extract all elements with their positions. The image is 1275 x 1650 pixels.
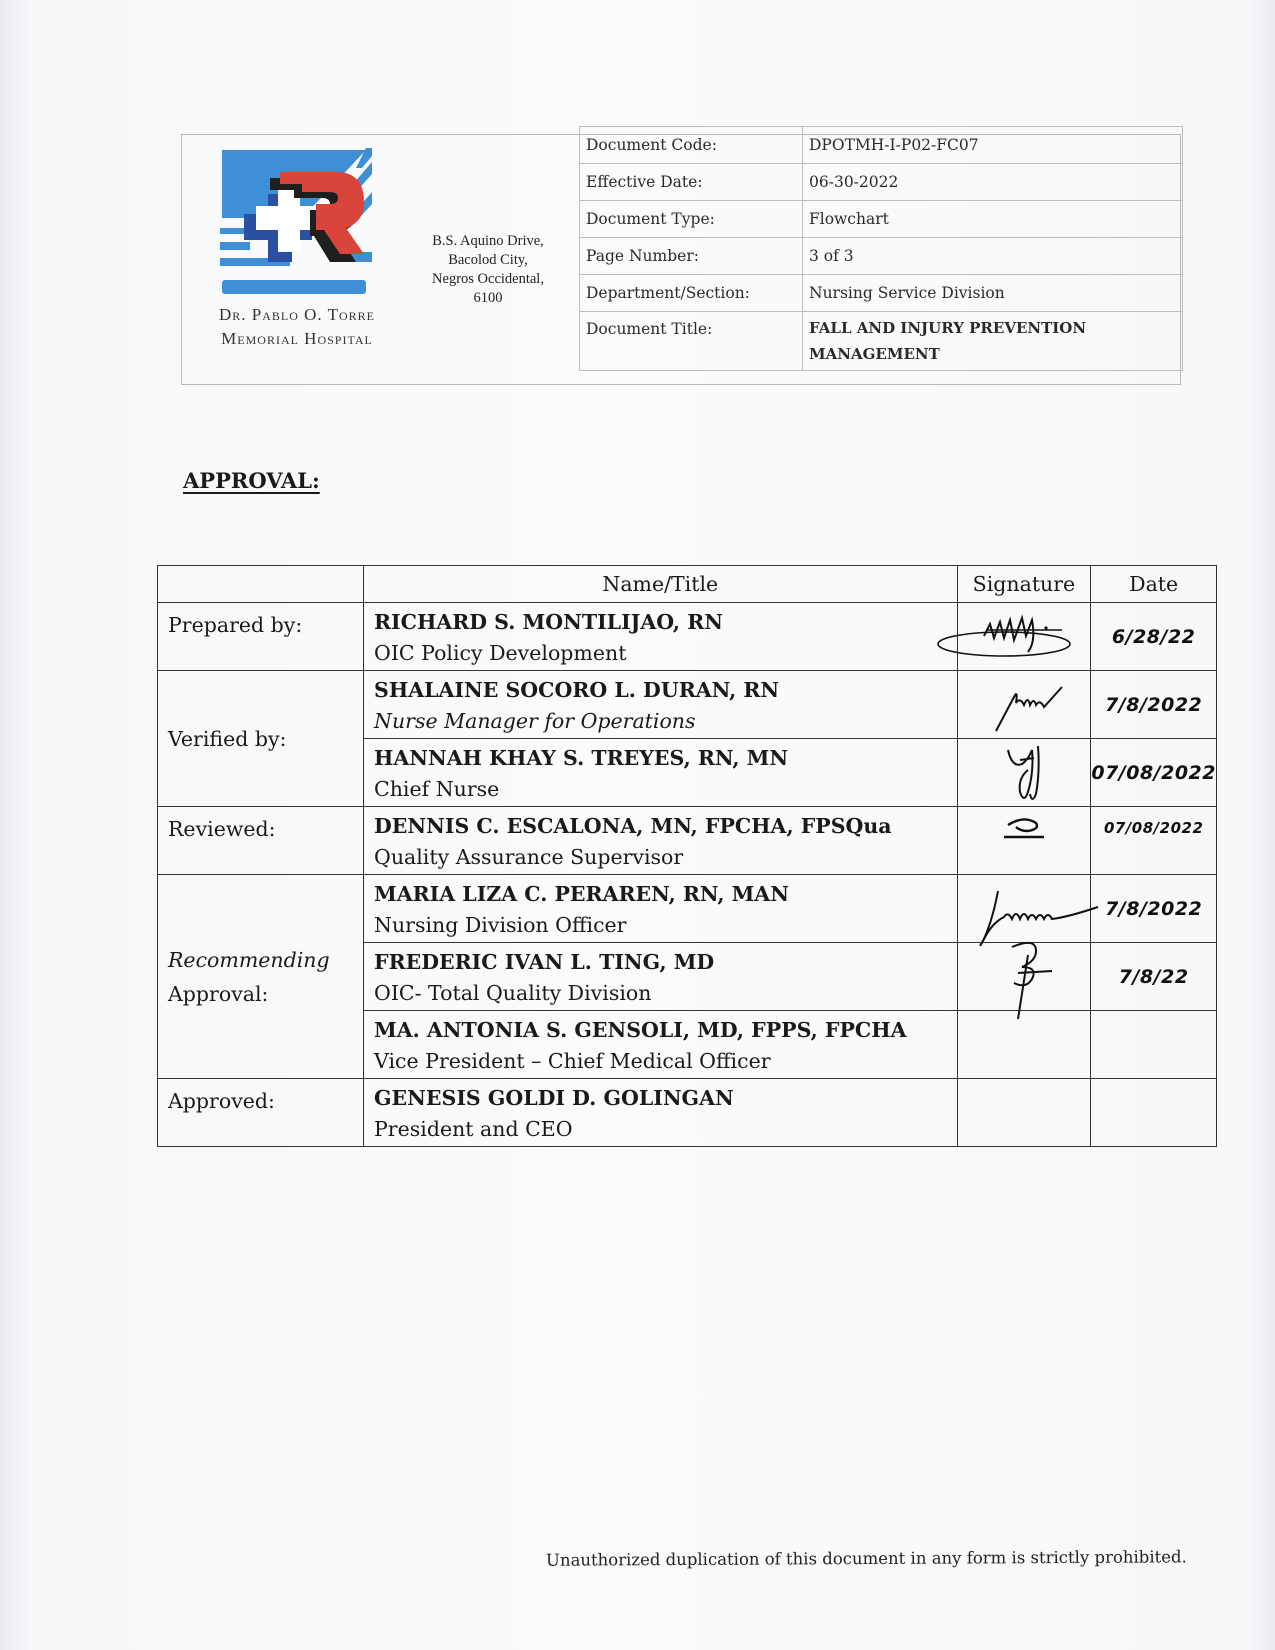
date-cell: 7/8/22 xyxy=(1091,943,1217,1011)
person-name: SHALAINE SOCORO L. DURAN, RN xyxy=(374,674,957,706)
document-meta-table: Document Code: DPOTMH-I-P02-FC07 Effecti… xyxy=(579,126,1183,371)
person-cell: DENNIS C. ESCALONA, MN, FPCHA, FPSQua Qu… xyxy=(364,807,958,875)
column-header-role xyxy=(158,566,364,603)
signature-cell xyxy=(957,875,1091,943)
date-cell: 07/08/2022 xyxy=(1091,739,1217,807)
hospital-name-line2: Memorial Hospital xyxy=(221,329,373,348)
person-title: Nursing Division Officer xyxy=(374,910,957,940)
person-title: Nurse Manager for Operations xyxy=(374,706,957,736)
signature-cell xyxy=(957,603,1091,671)
person-cell: FREDERIC IVAN L. TING, MD OIC- Total Qua… xyxy=(364,943,958,1011)
meta-row-page-number: Page Number: 3 of 3 xyxy=(580,238,1183,275)
hospital-logo-icon xyxy=(216,148,372,300)
signed-date: 7/8/2022 xyxy=(1091,694,1216,716)
role-label-line1: Recommending xyxy=(168,948,330,972)
role-label: Prepared by: xyxy=(158,603,364,671)
person-cell: MARIA LIZA C. PERAREN, RN, MAN Nursing D… xyxy=(364,875,958,943)
person-name: RICHARD S. MONTILIJAO, RN xyxy=(374,606,957,638)
document-header: Dr. Pablo O. Torre Memorial Hospital B.S… xyxy=(181,134,1181,385)
person-cell: RICHARD S. MONTILIJAO, RN OIC Policy Dev… xyxy=(364,603,958,671)
date-cell: 07/08/2022 xyxy=(1091,807,1217,875)
hospital-name: Dr. Pablo O. Torre Memorial Hospital xyxy=(192,303,402,351)
meta-label: Effective Date: xyxy=(580,164,803,201)
person-title: Vice President – Chief Medical Officer xyxy=(374,1046,957,1076)
person-cell: GENESIS GOLDI D. GOLINGAN President and … xyxy=(364,1079,958,1147)
meta-label: Department/Section: xyxy=(580,275,803,312)
person-cell: MA. ANTONIA S. GENSOLI, MD, FPPS, FPCHA … xyxy=(364,1011,958,1079)
meta-row-department: Department/Section: Nursing Service Divi… xyxy=(580,275,1183,312)
column-header-name-title: Name/Title xyxy=(364,566,958,603)
meta-row-document-code: Document Code: DPOTMH-I-P02-FC07 xyxy=(580,127,1183,164)
hospital-address: B.S. Aquino Drive, Bacolod City, Negros … xyxy=(408,232,568,308)
person-name: MA. ANTONIA S. GENSOLI, MD, FPPS, FPCHA xyxy=(374,1014,957,1046)
date-cell: 6/28/22 xyxy=(1091,603,1217,671)
person-cell: SHALAINE SOCORO L. DURAN, RN Nurse Manag… xyxy=(364,671,958,739)
table-row: Reviewed: DENNIS C. ESCALONA, MN, FPCHA,… xyxy=(158,807,1217,875)
signed-date: 6/28/22 xyxy=(1091,626,1216,648)
approval-header-row: Name/Title Signature Date xyxy=(158,566,1217,603)
table-row: Approved: GENESIS GOLDI D. GOLINGAN Pres… xyxy=(158,1079,1217,1147)
meta-value: 06-30-2022 xyxy=(803,164,1183,201)
approval-heading: APPROVAL: xyxy=(183,468,320,493)
signature-icon xyxy=(936,612,1076,662)
person-name: MARIA LIZA C. PERAREN, RN, MAN xyxy=(374,878,957,910)
person-name: GENESIS GOLDI D. GOLINGAN xyxy=(374,1082,957,1114)
date-cell: 7/8/2022 xyxy=(1091,875,1217,943)
date-cell: 7/8/2022 xyxy=(1091,671,1217,739)
signature-icon xyxy=(994,815,1054,841)
signed-date: 07/08/2022 xyxy=(1091,819,1216,837)
signature-cell xyxy=(957,1011,1091,1079)
address-line: Bacolod City, xyxy=(448,252,528,268)
table-row: Recommending Approval: MARIA LIZA C. PER… xyxy=(158,875,1217,943)
signature-cell xyxy=(957,671,1091,739)
table-row: Prepared by: RICHARD S. MONTILIJAO, RN O… xyxy=(158,603,1217,671)
signature-cell xyxy=(957,943,1091,1011)
logo-cell: Dr. Pablo O. Torre Memorial Hospital B.S… xyxy=(182,135,579,384)
footer-notice: Unauthorized duplication of this documen… xyxy=(546,1547,1196,1569)
document-title: FALL AND INJURY PREVENTION MANAGEMENT xyxy=(803,312,1183,371)
person-name: DENNIS C. ESCALONA, MN, FPCHA, FPSQua xyxy=(374,810,957,842)
date-cell xyxy=(1091,1011,1217,1079)
role-label-line2: Approval: xyxy=(168,982,268,1006)
person-name: FREDERIC IVAN L. TING, MD xyxy=(374,946,957,978)
approval-table: Name/Title Signature Date Prepared by: R… xyxy=(157,565,1217,1147)
meta-value: Nursing Service Division xyxy=(803,275,1183,312)
date-cell xyxy=(1091,1079,1217,1147)
column-header-date: Date xyxy=(1091,566,1217,603)
meta-row-effective-date: Effective Date: 06-30-2022 xyxy=(580,164,1183,201)
table-row: Verified by: SHALAINE SOCORO L. DURAN, R… xyxy=(158,671,1217,739)
role-label: Approved: xyxy=(158,1079,364,1147)
person-title: OIC Policy Development xyxy=(374,638,957,668)
person-name: HANNAH KHAY S. TREYES, RN, MN xyxy=(374,742,957,774)
signed-date: 07/08/2022 xyxy=(1091,762,1216,784)
meta-label: Document Type: xyxy=(580,201,803,238)
address-line: Negros Occidental, xyxy=(432,271,544,287)
signature-cell xyxy=(957,739,1091,807)
person-cell: HANNAH KHAY S. TREYES, RN, MN Chief Nurs… xyxy=(364,739,958,807)
address-line: 6100 xyxy=(474,290,503,306)
signature-icon xyxy=(974,675,1074,735)
meta-label: Page Number: xyxy=(580,238,803,275)
signed-date: 7/8/22 xyxy=(1091,966,1216,988)
role-label: Verified by: xyxy=(158,671,364,807)
person-title: President and CEO xyxy=(374,1114,957,1144)
person-title: OIC- Total Quality Division xyxy=(374,978,957,1008)
meta-row-document-title: Document Title: FALL AND INJURY PREVENTI… xyxy=(580,312,1183,371)
signed-date: 7/8/2022 xyxy=(1091,898,1216,920)
meta-value: 3 of 3 xyxy=(803,238,1183,275)
role-label: Reviewed: xyxy=(158,807,364,875)
person-title: Quality Assurance Supervisor xyxy=(374,842,957,872)
meta-row-document-type: Document Type: Flowchart xyxy=(580,201,1183,238)
meta-label: Document Code: xyxy=(580,127,803,164)
person-title: Chief Nurse xyxy=(374,774,957,804)
signature-cell xyxy=(957,807,1091,875)
meta-value: DPOTMH-I-P02-FC07 xyxy=(803,127,1183,164)
signature-icon xyxy=(994,742,1054,804)
role-label: Recommending Approval: xyxy=(158,875,364,1079)
signature-cell xyxy=(957,1079,1091,1147)
address-line: B.S. Aquino Drive, xyxy=(432,233,544,249)
meta-value: Flowchart xyxy=(803,201,1183,238)
hospital-name-line1: Dr. Pablo O. Torre xyxy=(219,305,375,324)
meta-label: Document Title: xyxy=(580,312,803,371)
signature-icon xyxy=(968,883,1108,943)
column-header-signature: Signature xyxy=(957,566,1091,603)
